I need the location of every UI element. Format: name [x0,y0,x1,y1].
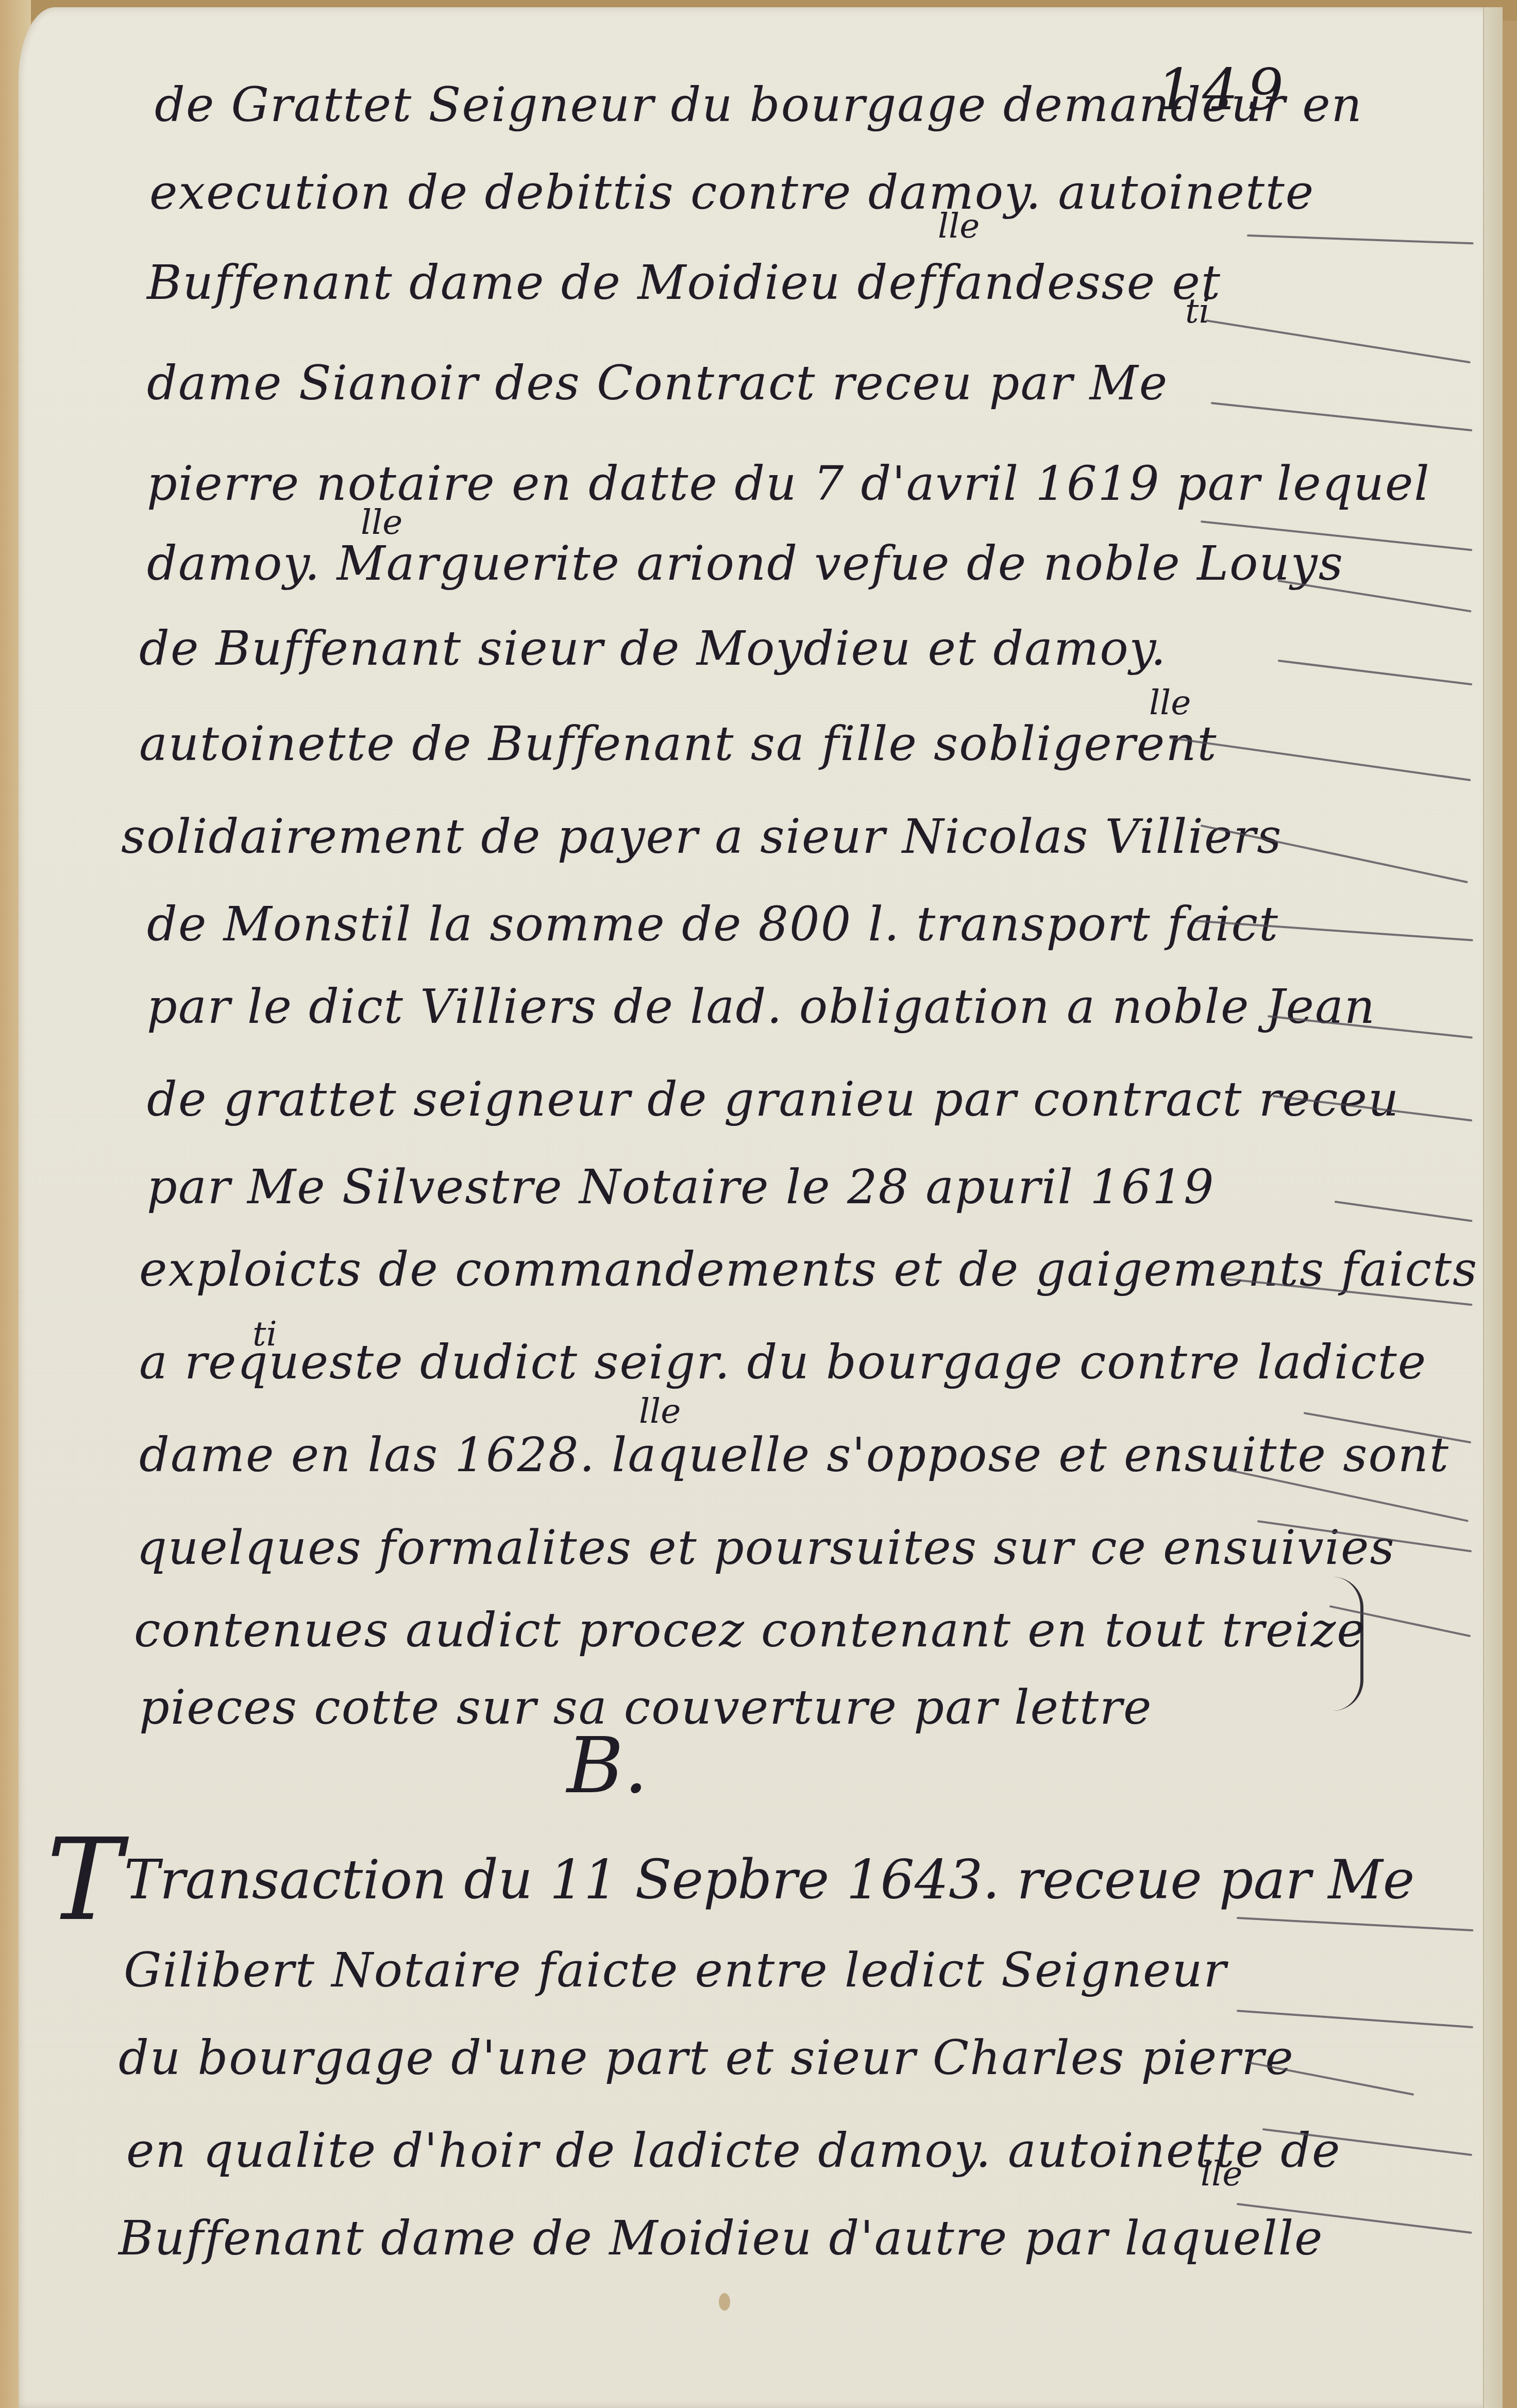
manuscript-line: damoy. Marguerite ariond vefue de noble … [147,536,1344,591]
section-mark: B. [567,1721,648,1811]
manuscript-line: Gilibert Notaire faicte entre ledict Sei… [124,1943,1227,1998]
manuscript-line: dame Sianoir des Contract receu par Me [147,356,1168,411]
entry-title-text: Transaction du 11 Sepbre 1643. receue pa… [124,1848,1414,1911]
manuscript-line: solidairement de payer a sieur Nicolas V… [121,809,1283,864]
entry-title: TTransaction du 11 Sepbre 1643. receue p… [46,1814,1414,1946]
manuscript-line: Buffenant dame de Moidieu deffandesse et [147,255,1221,310]
manuscript-line: de grattet seigneur de granieu par contr… [147,1072,1400,1127]
manuscript-line: execution de debittis contre damoy. auto… [149,165,1314,220]
superscript-abbrev: ti [252,1314,277,1354]
manuscript-line: de Grattet Seigneur du bourgage demandeu… [155,77,1363,132]
manuscript-line: de Buffenant sieur de Moydieu et damoy. [139,621,1167,676]
manuscript-line: exploicts de commandements et de gaigeme… [139,1242,1478,1297]
superscript-abbrev: lle [639,1391,681,1431]
manuscript-line: Buffenant dame de Moidieu d'autre par la… [119,2211,1324,2266]
manuscript-line: contenues audict procez contenant en tou… [134,1603,1366,1658]
page-edge [1483,7,1503,2408]
superscript-abbrev: ti [1185,291,1210,331]
superscript-abbrev: lle [1149,683,1191,722]
decorated-initial: T [46,1814,122,1946]
manuscript-line: autoinette de Buffenant sa fille soblige… [139,716,1217,771]
manuscript-line: par le dict Villiers de lad. obligation … [147,979,1376,1034]
manuscript-line: pierre notaire en datte du 7 d'avril 161… [147,456,1430,511]
manuscript-line: quelques formalites et poursuites sur ce… [137,1520,1395,1575]
superscript-abbrev: lle [1201,2154,1242,2194]
manuscript-line: en qualite d'hoir de ladicte damoy. auto… [126,2123,1341,2178]
manuscript-line: a requeste dudict seigr. du bourgage con… [139,1335,1427,1390]
manuscript-line: de Monstil la somme de 800 l. transport … [147,897,1279,952]
manuscript-line: par Me Silvestre Notaire le 28 apuril 16… [147,1159,1215,1215]
closing-brace [1319,1577,1363,1711]
manuscript-line: du bourgage d'une part et sieur Charles … [119,2030,1294,2085]
superscript-abbrev: lle [938,206,980,246]
superscript-abbrev: lle [361,502,402,542]
ink-stain [719,2293,730,2311]
